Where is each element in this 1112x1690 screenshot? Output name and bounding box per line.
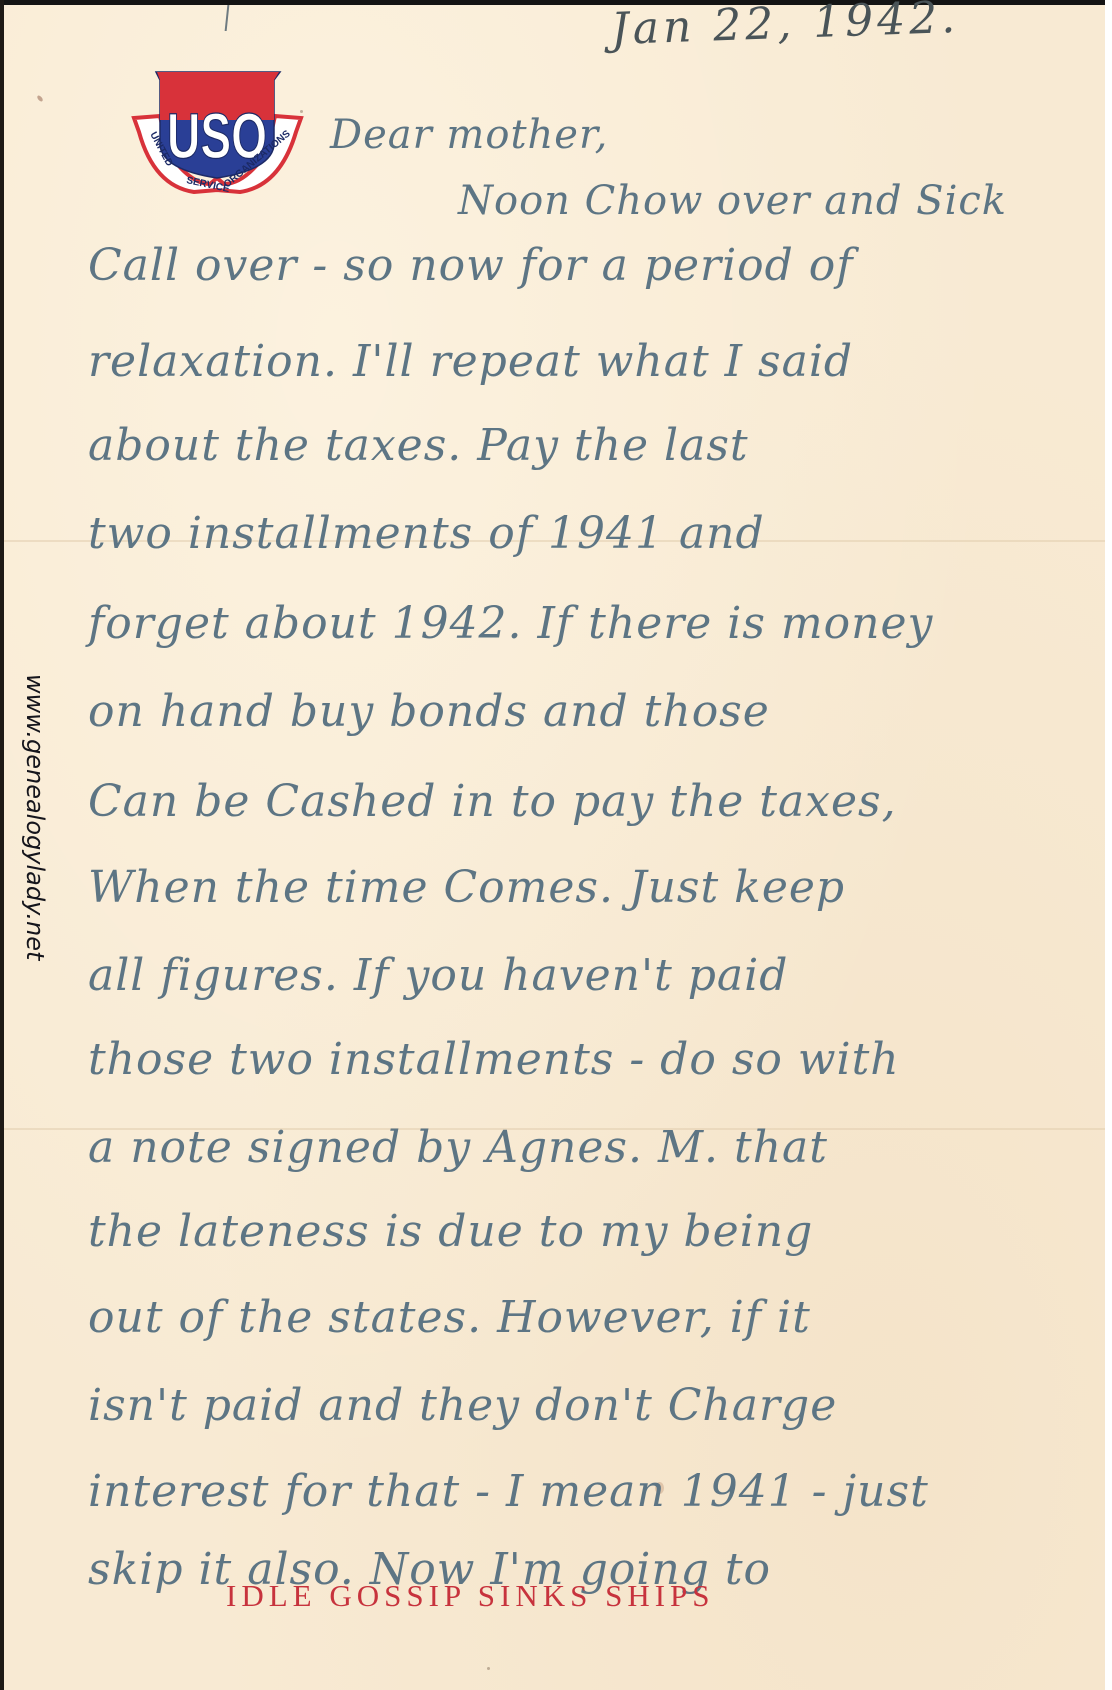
letter-line: Call over - so now for a period of bbox=[88, 240, 854, 291]
letter-line: interest for that - I mean 1941 - just bbox=[88, 1466, 929, 1517]
watermark: www.genealogylady.net bbox=[48, 674, 50, 676]
letter-line: out of the states. However, if it bbox=[88, 1292, 811, 1343]
letter-line: Noon Chow over and Sick bbox=[458, 178, 1007, 224]
footer-slogan: IDLE GOSSIP SINKS SHIPS bbox=[226, 1578, 715, 1614]
letter-line: Can be Cashed in to pay the taxes, bbox=[88, 776, 897, 827]
letter-line: all figures. If you haven't paid bbox=[88, 950, 788, 1001]
letter-line: the lateness is due to my being bbox=[88, 1206, 813, 1257]
salutation: Dear mother, bbox=[330, 112, 608, 158]
uso-logo-icon: USO UNITED SERVICE ORGANIZATIONS bbox=[130, 66, 305, 194]
letter-line: on hand buy bonds and those bbox=[88, 686, 770, 737]
letter-line: those two installments - do so with bbox=[88, 1034, 900, 1085]
letter-line: When the time Comes. Just keep bbox=[88, 862, 845, 913]
paper-speck bbox=[487, 1667, 490, 1670]
letter-line: two installments of 1941 and bbox=[88, 508, 765, 559]
letter-line: forget about 1942. If there is money bbox=[88, 598, 933, 649]
letter-line: relaxation. I'll repeat what I said bbox=[88, 336, 853, 387]
letter-line: isn't paid and they don't Charge bbox=[88, 1380, 837, 1431]
letter-line: a note signed by Agnes. M. that bbox=[88, 1122, 828, 1173]
watermark-text: www.genealogylady.net bbox=[22, 674, 48, 960]
letter-line: about the taxes. Pay the last bbox=[88, 420, 749, 471]
